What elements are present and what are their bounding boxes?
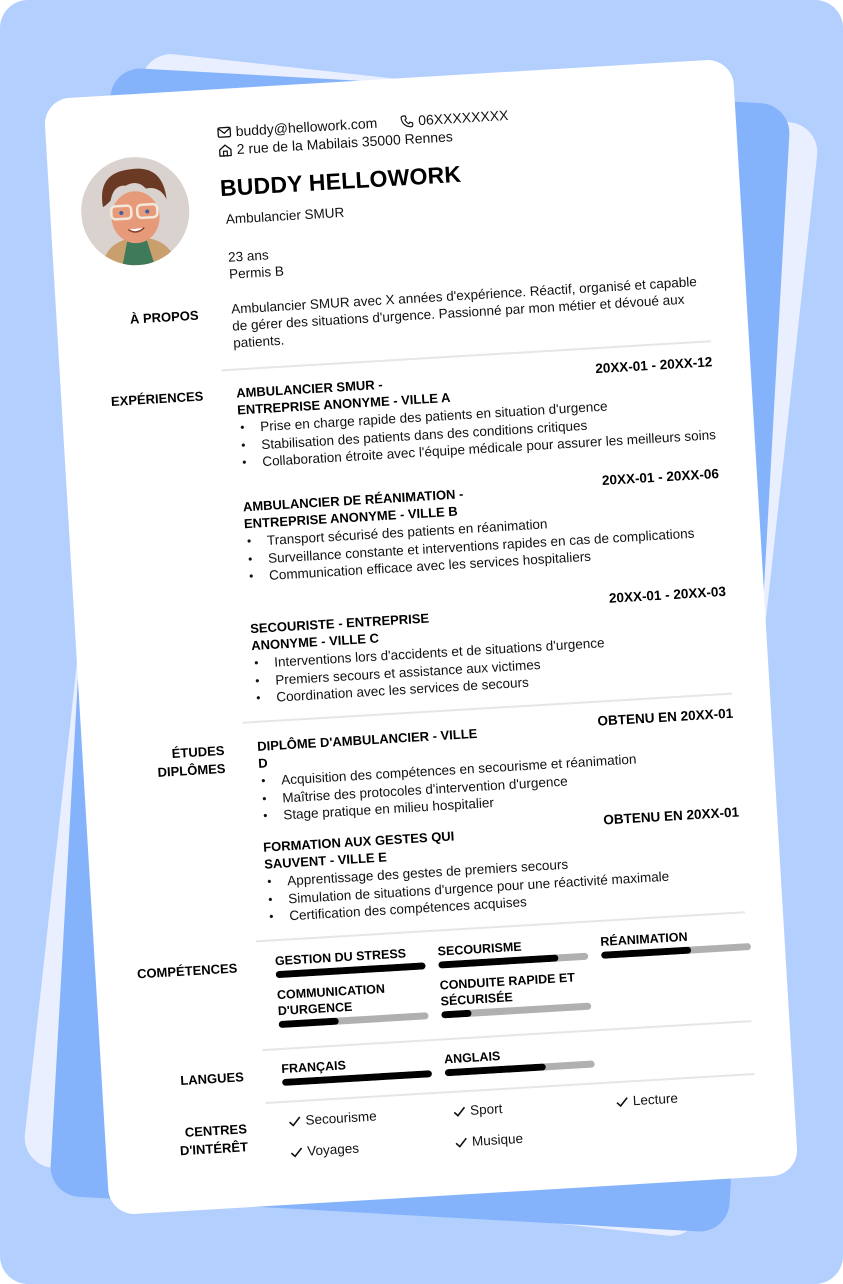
check-icon bbox=[289, 1144, 304, 1159]
entry-date: OBTENU EN 20XX-01 bbox=[603, 804, 739, 827]
age: 23 ans bbox=[228, 247, 269, 264]
check-icon bbox=[287, 1113, 302, 1128]
skill-item: SECOURISME bbox=[437, 935, 588, 969]
check-icon bbox=[452, 1104, 467, 1119]
section-label-education: ÉTUDES DIPLÔMES bbox=[156, 742, 226, 782]
interest-label: Voyages bbox=[307, 1141, 360, 1159]
section-label-experiences: EXPÉRIENCES bbox=[110, 388, 203, 411]
avatar bbox=[78, 154, 192, 268]
driving-license: Permis B bbox=[229, 264, 285, 282]
education-entry: OBTENU EN 20XX-01 FORMATION AUX GESTES Q… bbox=[263, 810, 744, 926]
phone-icon bbox=[399, 113, 415, 129]
entry-date: 20XX-01 - 20XX-03 bbox=[609, 584, 727, 606]
interest-item: Sport bbox=[452, 1101, 503, 1119]
interest-label: Lecture bbox=[632, 1091, 678, 1109]
skill-bar-fill bbox=[441, 1010, 471, 1019]
skill-item: RÉANIMATION bbox=[600, 925, 751, 959]
section-label-about: À PROPOS bbox=[130, 307, 200, 329]
skill-item: GESTION DU STRESS bbox=[274, 944, 425, 978]
entry-date: 20XX-01 - 20XX-12 bbox=[595, 354, 713, 376]
experience-entry: 20XX-01 - 20XX-12 AMBULANCIER SMUR - ENT… bbox=[236, 356, 717, 472]
interest-label: Sport bbox=[470, 1101, 503, 1118]
check-icon bbox=[454, 1135, 469, 1150]
language-item: FRANÇAIS bbox=[281, 1052, 432, 1086]
interest-item: Voyages bbox=[289, 1141, 360, 1160]
home-icon bbox=[217, 142, 233, 158]
avatar-illustration bbox=[78, 154, 192, 268]
resume-card: buddy@hellowork.com 06XXXXXXXX 2 rue de … bbox=[43, 59, 798, 1216]
mail-icon bbox=[216, 124, 232, 140]
skill-item: COMMUNICATION D'URGENCE bbox=[277, 978, 429, 1028]
section-label-line: D'INTÉRÊT bbox=[179, 1138, 248, 1160]
interest-label: Musique bbox=[472, 1131, 524, 1149]
entry-date: 20XX-01 - 20XX-06 bbox=[602, 466, 720, 488]
language-item: ANGLAIS bbox=[444, 1042, 595, 1076]
experience-entry: 20XX-01 - 20XX-03 SECOURISTE - ENTREPRIS… bbox=[250, 592, 731, 708]
candidate-name: BUDDY HELLOWORK bbox=[219, 161, 462, 202]
phone[interactable]: 06XXXXXXXX bbox=[418, 107, 509, 128]
background: buddy@hellowork.com 06XXXXXXXX 2 rue de … bbox=[0, 0, 843, 1284]
section-label-interests: CENTRES D'INTÉRÊT bbox=[178, 1120, 248, 1160]
skill-bar-fill bbox=[279, 1018, 339, 1029]
section-label-languages: LANGUES bbox=[180, 1068, 245, 1090]
interest-label: Secourisme bbox=[305, 1108, 377, 1127]
check-icon bbox=[614, 1094, 629, 1109]
job-title: Ambulancier SMUR bbox=[225, 205, 344, 227]
section-label-skills: COMPÉTENCES bbox=[137, 959, 238, 983]
section-label-line: DIPLÔMES bbox=[157, 760, 226, 782]
entry-date: OBTENU EN 20XX-01 bbox=[597, 706, 733, 729]
interest-item: Musique bbox=[454, 1131, 524, 1150]
skill-item: CONDUITE RAPIDE ET SÉCURISÉE bbox=[439, 969, 591, 1019]
skill-name: COMMUNICATION D'URGENCE bbox=[277, 979, 409, 1019]
about-text: Ambulancier SMUR avec X années d'expérie… bbox=[231, 273, 708, 352]
interest-item: Lecture bbox=[614, 1091, 678, 1110]
interest-item: Secourisme bbox=[287, 1108, 377, 1128]
experience-entry: 20XX-01 - 20XX-06 AMBULANCIER DE RÉANIMA… bbox=[242, 470, 723, 586]
